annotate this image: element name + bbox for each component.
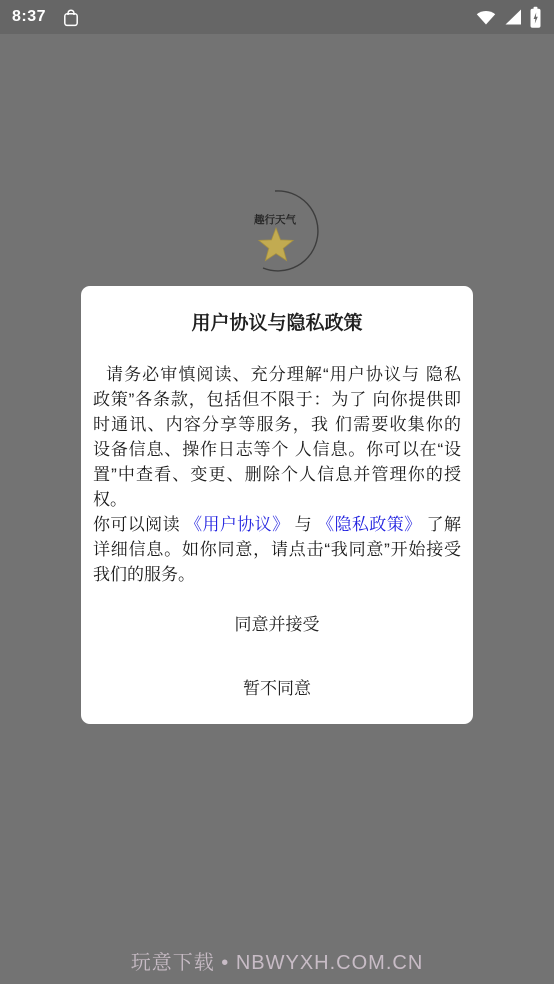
disagree-button[interactable]: 暂不同意 [93,676,461,701]
status-right-icons [475,6,542,29]
body-line: 详细信息。如你同意，请点击“我同意”开始接受 [93,537,461,562]
star-icon [259,228,293,261]
body-line: 设备信息、操作日志等个 人信息。你可以在“设 [93,437,461,462]
body-line: 我们的服务。 [93,562,461,587]
logo-arc [263,191,318,271]
body-line-links: 你可以阅读 《用户协议》 与 《隐私政策》 了解 [93,512,461,537]
dialog-title: 用户协议与隐私政策 [93,312,461,336]
links-line-middle: 与 [289,515,317,534]
app-screen: 8:37 趣行天气 用户协议与隐私政 [0,0,554,984]
user-agreement-link[interactable]: 《用户协议》 [185,515,289,534]
body-line: 置”中查看、变更、删除个人信息并管理你的授 [93,462,461,487]
body-line: 权。 [93,487,461,512]
battery-charging-icon [529,6,542,29]
body-line: 请务必审慎阅读、充分理解“用户协议与 隐私 [93,362,461,387]
body-line: 政策”各条款，包括但不限于：为了 向你提供即 [93,387,461,412]
privacy-policy-link[interactable]: 《隐私政策》 [317,515,421,534]
status-time: 8:37 [12,8,46,26]
bag-notification-icon [62,7,80,27]
links-line-suffix: 了解 [421,515,461,534]
cellular-signal-icon [503,8,523,26]
logo-app-name: 趣行天气 [254,213,296,226]
links-line-prefix: 你可以阅读 [93,515,185,534]
dialog-body: 请务必审慎阅读、充分理解“用户协议与 隐私 政策”各条款，包括但不限于：为了 向… [93,362,461,587]
privacy-policy-dialog: 用户协议与隐私政策 请务必审慎阅读、充分理解“用户协议与 隐私 政策”各条款，包… [81,286,473,724]
status-bar: 8:37 [0,0,554,34]
wifi-icon [475,8,497,26]
agree-button[interactable]: 同意并接受 [93,612,461,637]
body-line: 时通讯、内容分享等服务，我 们需要收集你的 [93,412,461,437]
status-left-icons [62,7,80,27]
footer-watermark: 玩意下载 • NBWYXH.COM.CN [0,946,554,975]
splash-logo: 趣行天气 [227,186,327,286]
